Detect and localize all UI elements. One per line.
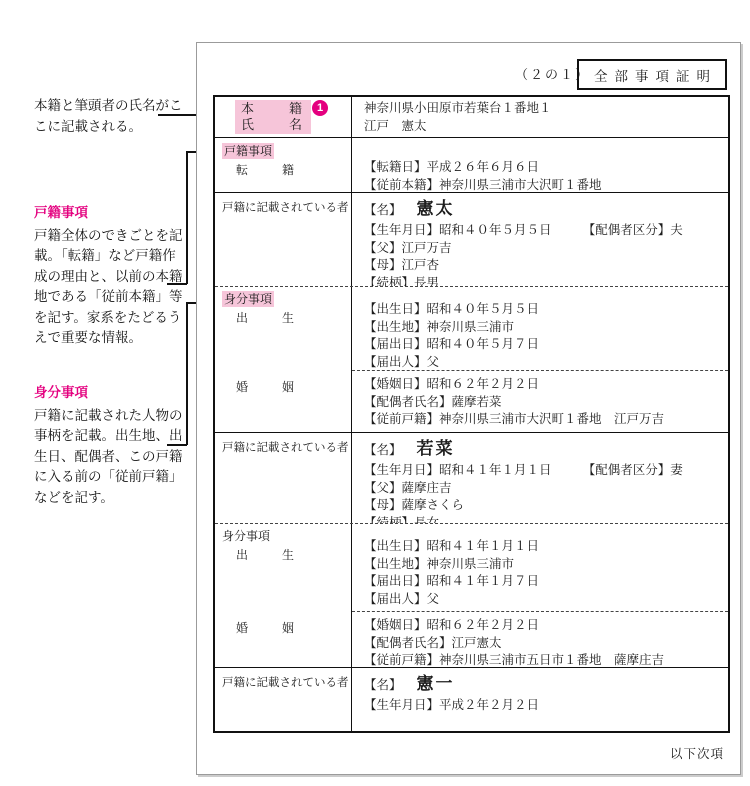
person-1-value-cell: 【名】憲太 【生年月日】昭和４０年５月５日 【配偶者区分】夫 【父】江戸万吉 【… [352, 193, 728, 286]
person-2-value-cell: 【名】若菜 【生年月日】昭和４１年１月１日 【配偶者区分】妻 【父】薩摩庄吉 【… [352, 433, 728, 523]
koseki-jiko-label: 戸籍事項 [222, 143, 274, 159]
shimei-label: 氏 名 [241, 117, 311, 133]
birth-label: 出 生 [222, 309, 349, 326]
marriage-label: 婚 姻 [222, 378, 349, 395]
birth-line: 【出生地】神奈川県三浦市 [364, 556, 720, 574]
person-1-name-line: 【名】憲太 [364, 197, 720, 222]
koseki-guide-figure: 本籍と筆頭者の氏名がここに記載される。 戸籍事項 戸籍全体のできごとを記載。「転… [0, 0, 750, 786]
person-2-line: 【父】薩摩庄吉 [364, 480, 720, 498]
honseki-address: 神奈川県小田原市若葉台１番地１ [364, 100, 720, 118]
koseki-jiko-label-cell: 戸籍事項 転 籍 [215, 138, 352, 192]
person-1-label-cell: 戸籍に記載されている者 [215, 193, 352, 286]
annotation-koseki-jiko-body: 戸籍全体のできごとを記載。「転籍」など戸籍作成の理由と、以前の本籍地である「従前… [34, 226, 186, 349]
marriage-label: 婚 姻 [222, 619, 349, 636]
mibun-1-marriage-value-cell: 【婚姻日】昭和６２年２月２日 【配偶者氏名】薩摩若菜 【従前戸籍】神奈川県三浦市… [352, 371, 728, 432]
annotation-mibun-jiko-body: 戸籍に記載された人物の事柄を記載。出生地、出生日、配偶者、この戸籍に入る前の「従… [34, 406, 186, 509]
person-1-line: 【母】江戸杏 [364, 257, 720, 275]
person-1-label: 戸籍に記載されている者 [222, 202, 349, 214]
koseki-table: 本 籍 氏 名 神奈川県小田原市若葉台１番地１ 江戸 憲太 戸籍事項 転 籍 【… [213, 95, 730, 733]
row-person-1: 戸籍に記載されている者 【名】憲太 【生年月日】昭和４０年５月５日 【配偶者区分… [215, 193, 728, 287]
footer-note: 以下次項 [670, 744, 724, 762]
name-field-label: 【名】 [364, 678, 402, 692]
mibun-1-heading-line: 身分事項 [222, 291, 349, 307]
birth-line: 【出生日】昭和４１年１月１日 [364, 538, 720, 556]
person-3-value-cell: 【名】憲一 【生年月日】平成２年２月２日 [352, 668, 728, 731]
person-2-line: 【生年月日】昭和４１年１月１日 【配偶者区分】妻 [364, 462, 720, 480]
person-3-label: 戸籍に記載されている者 [222, 677, 349, 689]
mibun-1-marriage-subrow: 婚 姻 【婚姻日】昭和６２年２月２日 【配偶者氏名】薩摩若菜 【従前戸籍】神奈川… [215, 371, 728, 432]
marriage-line: 【婚姻日】昭和６２年２月２日 [364, 617, 720, 635]
step-1-badge: 1 [312, 100, 328, 116]
person-2-label: 戸籍に記載されている者 [222, 442, 349, 454]
marriage-line: 【配偶者氏名】江戸憲太 [364, 635, 720, 653]
row-person-3: 戸籍に記載されている者 【名】憲一 【生年月日】平成２年２月２日 [215, 668, 728, 731]
birth-line: 【届出日】昭和４０年５月７日 [364, 336, 720, 354]
tenseki-date-line: 【転籍日】平成２６年６月６日 [364, 159, 720, 177]
row-koseki-jiko: 戸籍事項 転 籍 【転籍日】平成２６年６月６日 【従前本籍】神奈川県三浦市大沢町… [215, 138, 728, 193]
connector-koseki-jiko-vertical [186, 151, 188, 284]
person-3-name: 憲一 [417, 674, 455, 693]
person-3-label-cell: 戸籍に記載されている者 [215, 668, 352, 731]
mibun-2-marriage-subrow: 婚 姻 【婚姻日】昭和６２年２月２日 【配偶者氏名】江戸憲太 【従前戸籍】神奈川… [215, 612, 728, 667]
marriage-line: 【婚姻日】昭和６２年２月２日 [364, 376, 720, 394]
mibun-1-birth-value-cell: 【出生日】昭和４０年５月５日 【出生地】神奈川県三浦市 【届出日】昭和４０年５月… [352, 287, 728, 371]
row-honseki: 本 籍 氏 名 神奈川県小田原市若葉台１番地１ 江戸 憲太 [215, 97, 728, 138]
person-2-line: 【続柄】長女 [364, 515, 720, 525]
annotation-honseki: 本籍と筆頭者の氏名がここに記載される。 [34, 96, 186, 137]
marriage-line: 【配偶者氏名】薩摩若菜 [364, 394, 720, 412]
former-honseki-line: 【従前本籍】神奈川県三浦市大沢町１番地 [364, 177, 720, 194]
mibun-2-marriage-value-cell: 【婚姻日】昭和６２年２月２日 【配偶者氏名】江戸憲太 【従前戸籍】神奈川県三浦市… [352, 612, 728, 667]
row-person-2: 戸籍に記載されている者 【名】若菜 【生年月日】昭和４１年１月１日 【配偶者区分… [215, 433, 728, 524]
person-1-line: 【続柄】長男 [364, 275, 720, 288]
koseki-jiko-value-cell: 【転籍日】平成２６年６月６日 【従前本籍】神奈川県三浦市大沢町１番地 [352, 138, 728, 192]
connector-mibun-vertical [186, 302, 188, 445]
annotation-honseki-body: 本籍と筆頭者の氏名がここに記載される。 [34, 96, 186, 137]
row-mibun-1: 身分事項 出 生 【出生日】昭和４０年５月５日 【出生地】神奈川県三浦市 【届出… [215, 287, 728, 433]
annotation-mibun-jiko-heading: 身分事項 [34, 383, 186, 404]
birth-line: 【届出人】父 [364, 354, 720, 372]
mibun-2-heading-line: 身分事項 [222, 528, 349, 544]
marriage-line: 【従前戸籍】神奈川県三浦市大沢町１番地 江戸万吉 [364, 411, 720, 429]
mibun-1-marriage-label-cell: 婚 姻 [215, 371, 352, 432]
birth-line: 【届出日】昭和４１年１月７日 [364, 573, 720, 591]
name-field-label: 【名】 [364, 203, 402, 217]
birth-line: 【届出人】父 [364, 591, 720, 609]
mibun-2-label-cell: 身分事項 出 生 [215, 524, 352, 612]
birth-label: 出 生 [222, 546, 349, 563]
mibun-2-heading: 身分事項 [222, 529, 270, 543]
person-2-line: 【母】薩摩さくら [364, 497, 720, 515]
annotation-koseki-jiko: 戸籍事項 戸籍全体のできごとを記載。「転籍」など戸籍作成の理由と、以前の本籍地で… [34, 203, 186, 349]
mibun-1-birth-subrow: 身分事項 出 生 【出生日】昭和４０年５月５日 【出生地】神奈川県三浦市 【届出… [215, 287, 728, 371]
mibun-1-heading: 身分事項 [222, 291, 274, 307]
birth-line: 【出生地】神奈川県三浦市 [364, 319, 720, 337]
annotation-koseki-jiko-heading: 戸籍事項 [34, 203, 186, 224]
honseki-value-cell: 神奈川県小田原市若葉台１番地１ 江戸 憲太 [352, 97, 728, 137]
tenseki-label: 転 籍 [222, 161, 349, 178]
person-2-name: 若菜 [417, 439, 455, 458]
mibun-2-birth-value-cell: 【出生日】昭和４１年１月１日 【出生地】神奈川県三浦市 【届出日】昭和４１年１月… [352, 524, 728, 612]
person-2-label-cell: 戸籍に記載されている者 [215, 433, 352, 523]
honseki-label-cell: 本 籍 氏 名 [215, 97, 352, 137]
person-1-line: 【父】江戸万吉 [364, 240, 720, 258]
name-field-label: 【名】 [364, 443, 402, 457]
person-3-name-line: 【名】憲一 [364, 672, 720, 697]
honseki-holder-name: 江戸 憲太 [364, 118, 720, 136]
row-mibun-2: 身分事項 出 生 【出生日】昭和４１年１月１日 【出生地】神奈川県三浦市 【届出… [215, 524, 728, 668]
certificate-title: 全部事項証明 [577, 59, 727, 90]
person-3-line: 【生年月日】平成２年２月２日 [364, 697, 720, 715]
connector-mibun-bottom [167, 444, 187, 446]
mibun-1-label-cell: 身分事項 出 生 [215, 287, 352, 371]
honseki-label: 本 籍 [241, 101, 311, 117]
connector-koseki-jiko-bottom [167, 283, 187, 285]
person-1-name: 憲太 [417, 199, 455, 218]
document-page: （２の１） 全部事項証明 1 本 籍 氏 名 神奈川県小田原市若葉台１番地１ 江… [196, 42, 741, 775]
annotation-mibun-jiko: 身分事項 戸籍に記載された人物の事柄を記載。出生地、出生日、配偶者、この戸籍に入… [34, 383, 186, 508]
person-1-line: 【生年月日】昭和４０年５月５日 【配偶者区分】夫 [364, 222, 720, 240]
marriage-line: 【従前戸籍】神奈川県三浦市五日市１番地 薩摩庄吉 [364, 652, 720, 667]
mibun-2-marriage-label-cell: 婚 姻 [215, 612, 352, 667]
mibun-2-birth-subrow: 身分事項 出 生 【出生日】昭和４１年１月１日 【出生地】神奈川県三浦市 【届出… [215, 524, 728, 612]
honseki-label-highlight: 本 籍 氏 名 [235, 100, 311, 134]
person-2-name-line: 【名】若菜 [364, 437, 720, 462]
birth-line: 【出生日】昭和４０年５月５日 [364, 301, 720, 319]
